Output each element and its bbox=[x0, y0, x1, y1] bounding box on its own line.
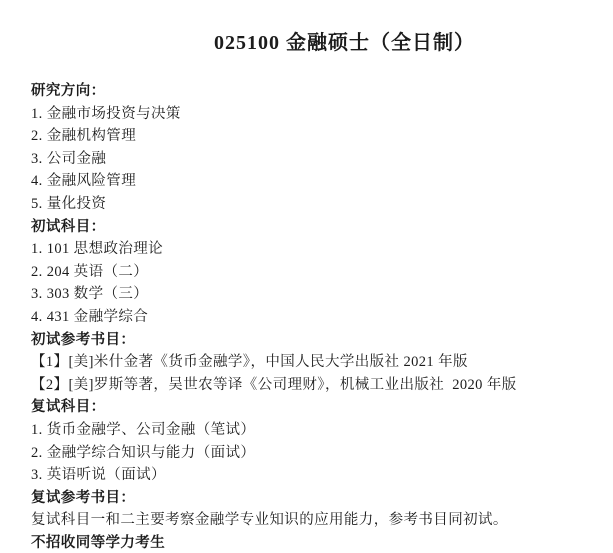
research-direction-item: 5. 量化投资 bbox=[31, 193, 599, 216]
retest-references-heading: 复试参考书目： bbox=[31, 487, 599, 510]
retest-subjects-heading: 复试科目： bbox=[31, 396, 599, 419]
initial-exam-subject-item: 2. 204 英语（二） bbox=[31, 261, 599, 284]
section-initial-exam-references: 初试参考书目： 【1】[美]米什金著《货币金融学》，中国人民大学出版社 2021… bbox=[31, 329, 599, 397]
document-page: 025100 金融硕士（全日制） 研究方向： 1. 金融市场投资与决策 2. 金… bbox=[0, 0, 613, 553]
initial-exam-subject-item: 4. 431 金融学综合 bbox=[31, 306, 599, 329]
retest-reference-note: 复试科目一和二主要考察金融学专业知识的应用能力，参考书目同初试。 bbox=[31, 509, 599, 532]
research-direction-item: 3. 公司金融 bbox=[31, 148, 599, 171]
section-initial-exam-subjects: 初试科目： 1. 101 思想政治理论 2. 204 英语（二） 3. 303 … bbox=[31, 216, 599, 329]
research-direction-item: 2. 金融机构管理 bbox=[31, 125, 599, 148]
research-direction-item: 1. 金融市场投资与决策 bbox=[31, 103, 599, 126]
page-title: 025100 金融硕士（全日制） bbox=[0, 0, 613, 55]
retest-subject-item: 1. 货币金融学、公司金融（笔试） bbox=[31, 419, 599, 442]
initial-exam-subject-item: 1. 101 思想政治理论 bbox=[31, 238, 599, 261]
reference-book-item: 【2】[美]罗斯等著，吴世农等译《公司理财》，机械工业出版社 2020 年版 bbox=[31, 374, 599, 397]
retest-subject-item: 3. 英语听说（面试） bbox=[31, 464, 599, 487]
section-no-equivalent-qualification: 不招收同等学力考生 bbox=[31, 532, 599, 553]
section-research-directions: 研究方向： 1. 金融市场投资与决策 2. 金融机构管理 3. 公司金融 4. … bbox=[31, 80, 599, 216]
retest-subject-item: 2. 金融学综合知识与能力（面试） bbox=[31, 442, 599, 465]
initial-exam-subjects-heading: 初试科目： bbox=[31, 216, 599, 239]
research-directions-heading: 研究方向： bbox=[31, 80, 599, 103]
document-body: 研究方向： 1. 金融市场投资与决策 2. 金融机构管理 3. 公司金融 4. … bbox=[0, 80, 613, 553]
reference-book-item: 【1】[美]米什金著《货币金融学》，中国人民大学出版社 2021 年版 bbox=[31, 351, 599, 374]
initial-exam-references-heading: 初试参考书目： bbox=[31, 329, 599, 352]
initial-exam-subject-item: 3. 303 数学（三） bbox=[31, 283, 599, 306]
section-retest-subjects: 复试科目： 1. 货币金融学、公司金融（笔试） 2. 金融学综合知识与能力（面试… bbox=[31, 396, 599, 486]
section-retest-references: 复试参考书目： 复试科目一和二主要考察金融学专业知识的应用能力，参考书目同初试。 bbox=[31, 487, 599, 532]
research-direction-item: 4. 金融风险管理 bbox=[31, 170, 599, 193]
no-equivalent-qualification-note: 不招收同等学力考生 bbox=[31, 532, 599, 553]
